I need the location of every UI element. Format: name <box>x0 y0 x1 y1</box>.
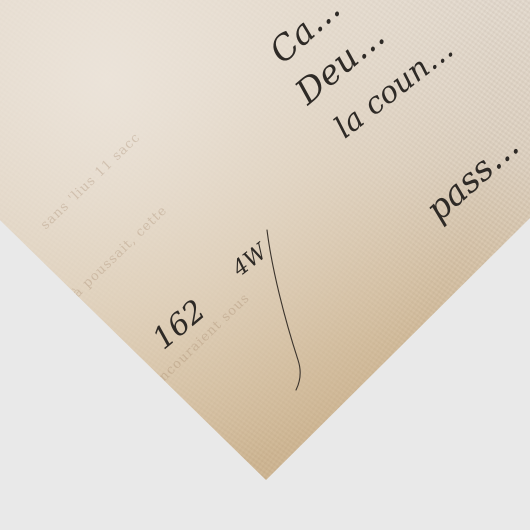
pen-stroke <box>0 0 530 530</box>
